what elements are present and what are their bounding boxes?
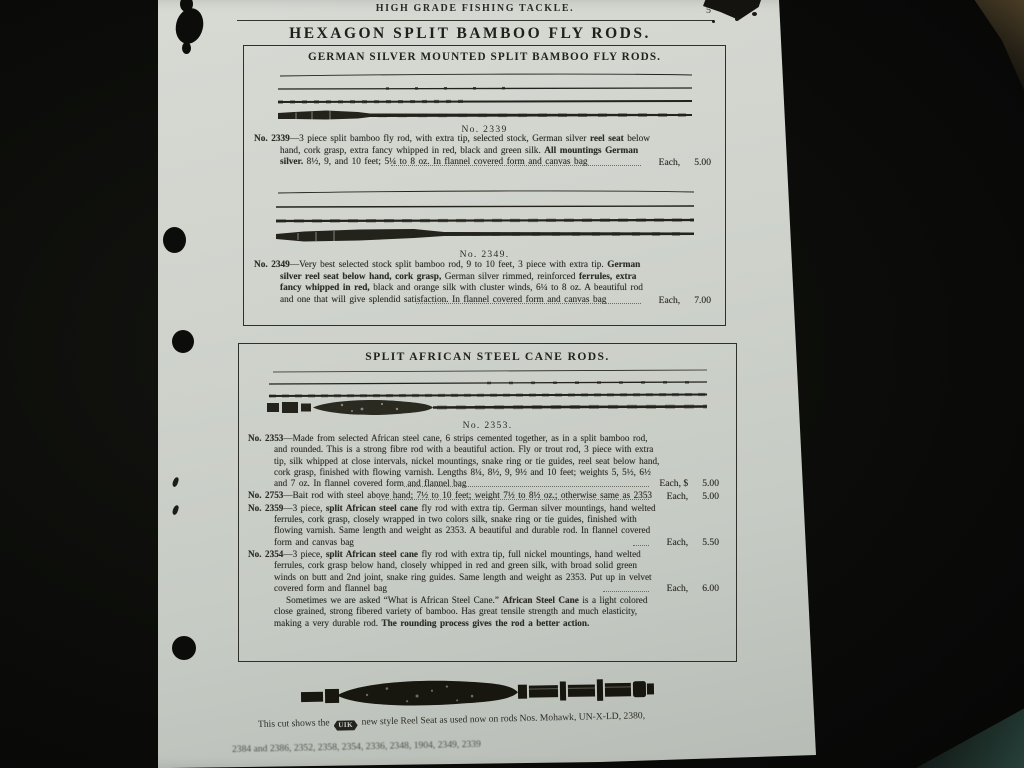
rod-illustration-2349	[264, 186, 704, 246]
ink-blot	[163, 227, 186, 253]
price-unit-label: Each,	[667, 583, 689, 594]
item-description: No. 2353—Made from selected African stee…	[248, 433, 729, 489]
section-heading: GERMAN SILVER MOUNTED SPLIT BAMBOO FLY R…	[244, 51, 725, 63]
item-price: Each,7.00	[659, 295, 711, 307]
item-description: No. 2339—3 piece split bamboo fly rod, w…	[254, 134, 715, 169]
catalog-page: HIGH GRADE FISHING TACKLE. 5 HEXAGON SPL…	[0, 0, 1024, 768]
catalog-item-2339: No. 2339—3 piece split bamboo fly rod, w…	[254, 134, 715, 169]
item-caption-2353: No. 2353.	[239, 420, 736, 431]
item-description: No. 2753—Bait rod with steel above hand;…	[248, 490, 729, 501]
reel-seat-illustration	[297, 670, 658, 716]
price-unit-label: Each,	[667, 491, 689, 502]
ink-tick	[172, 504, 180, 515]
price-value: 5.00	[702, 491, 719, 502]
price-value: 5.00	[694, 157, 711, 168]
header-rule	[237, 20, 714, 21]
rod-illustration-2353	[257, 365, 719, 417]
dotted-leader	[391, 165, 641, 166]
price-unit-label: Each,	[667, 537, 689, 548]
african-steel-cane-note: Sometimes we are asked “What is African …	[248, 595, 729, 629]
background-bottom-right-patch	[904, 698, 1024, 768]
item-description: No. 2349—Very best selected stock split …	[254, 260, 715, 307]
price-unit-label: Each, $	[659, 478, 688, 489]
punch-hole	[172, 330, 194, 353]
item-price: Each,5.00	[667, 491, 719, 502]
dotted-leader	[603, 591, 649, 592]
background-top-right-patch	[914, 0, 1024, 90]
item-description: Sometimes we are asked “What is African …	[248, 595, 729, 629]
catalog-item-2349: No. 2349—Very best selected stock split …	[254, 260, 715, 307]
dotted-leader	[633, 545, 649, 546]
rod-illustration-2339	[266, 69, 702, 124]
price-unit-label: Each,	[659, 295, 681, 306]
section-heading: SPLIT AFRICAN STEEL CANE RODS.	[239, 350, 736, 363]
price-unit-label: Each,	[659, 157, 681, 168]
price-value: 6.00	[702, 583, 719, 594]
uik-logo-text: UIK	[338, 721, 353, 729]
ink-tick	[172, 476, 180, 487]
section-german-silver-rods: GERMAN SILVER MOUNTED SPLIT BAMBOO FLY R…	[243, 45, 726, 326]
running-head: HIGH GRADE FISHING TACKLE.	[237, 3, 713, 14]
item-price: Each,6.00	[667, 583, 719, 594]
torn-hole-top-tail	[182, 42, 191, 54]
item-price: Each, $5.00	[659, 478, 719, 489]
footer-note-pre: This cut shows the	[258, 717, 330, 730]
ink-speck	[752, 12, 757, 16]
catalog-item-2354: No. 2354—3 piece, split African steel ca…	[248, 549, 729, 594]
item-price: Each,5.00	[659, 157, 711, 169]
punch-hole	[172, 636, 196, 660]
footer-rod-numbers: 2384 and 2386, 2352, 2358, 2354, 2336, 2…	[232, 732, 792, 755]
item-description: No. 2359—3 piece, split African steel ca…	[248, 503, 729, 548]
section-african-steel-cane-rods: SPLIT AFRICAN STEEL CANE RODS.	[238, 343, 737, 662]
price-value: 5.00	[702, 478, 719, 489]
catalog-item-2753: No. 2753—Bait rod with steel above hand;…	[248, 490, 729, 501]
dotted-leader	[404, 486, 649, 487]
photo-background: HIGH GRADE FISHING TACKLE. 5 HEXAGON SPL…	[0, 0, 1024, 768]
ink-speck	[712, 20, 715, 23]
item-description: No. 2354—3 piece, split African steel ca…	[248, 549, 729, 594]
item-list: No. 2353—Made from selected African stee…	[248, 433, 729, 630]
price-value: 5.50	[702, 537, 719, 548]
page-title: HEXAGON SPLIT BAMBOO FLY RODS.	[180, 25, 760, 43]
catalog-item-2353: No. 2353—Made from selected African stee…	[248, 433, 729, 489]
catalog-item-2359: No. 2359—3 piece, split African steel ca…	[248, 503, 729, 548]
uik-logo: UIK	[334, 719, 358, 733]
ink-speck	[735, 17, 739, 21]
price-value: 7.00	[694, 295, 711, 306]
item-price: Each,5.50	[667, 537, 719, 548]
item-caption-2349: No. 2349.	[244, 249, 725, 260]
dotted-leader	[379, 499, 649, 500]
dotted-leader	[416, 303, 641, 304]
